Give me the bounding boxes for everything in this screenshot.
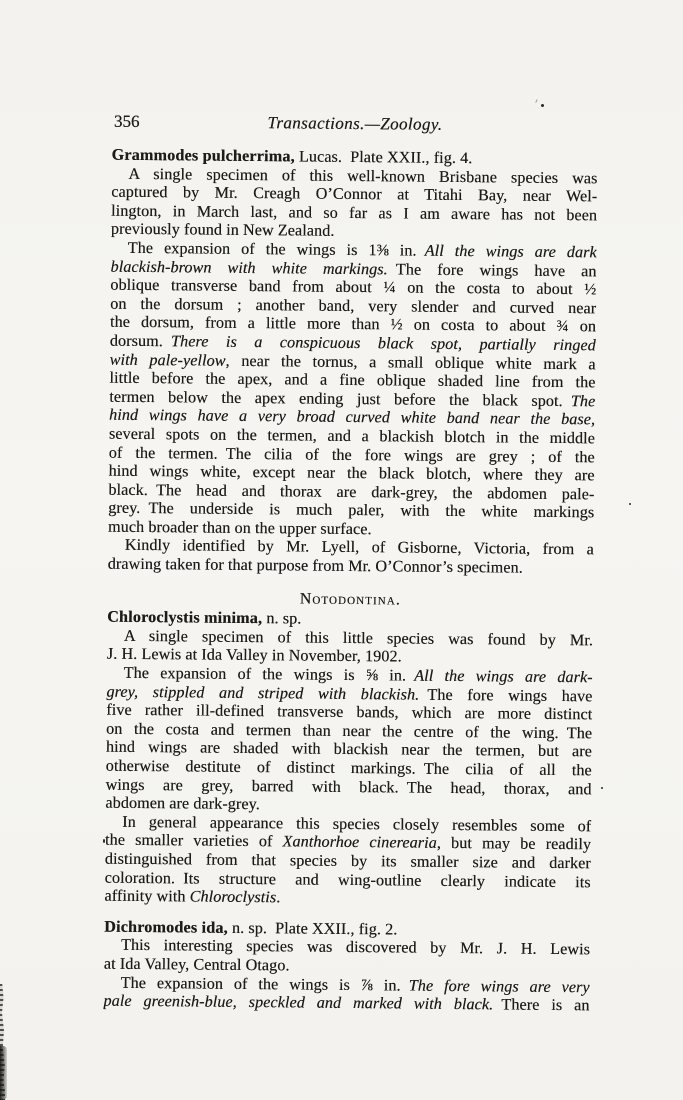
page-header: 356 Transactions.—Zoology. [112, 112, 598, 139]
scan-edge-artifact [0, 1046, 7, 1100]
text-segment: grey, stippled and striped with blackish… [106, 683, 419, 703]
scan-speck [103, 839, 105, 843]
text-segment: A single specimen of this well-known Bri… [128, 165, 597, 187]
text-segment: abdomen are dark-grey. [105, 795, 260, 813]
para: The expansion of the wings is 1⅜ in. All… [108, 240, 597, 542]
text-segment: blackish-brown with white markings. [110, 258, 387, 278]
text-segment: n. sp. [262, 610, 301, 627]
text-segment: Notodontina. [300, 590, 401, 608]
text-segment: termen below the apex ending just before… [109, 388, 571, 409]
text-segment: The expansion of the wings is ⅝ in. [124, 665, 415, 685]
text-segment: Grammodes pulcherrima, [112, 147, 295, 166]
para: The expansion of the wings is ⅞ in. The … [103, 974, 589, 1016]
scan-speck [601, 787, 603, 789]
scan-speck [629, 503, 631, 505]
text-segment: at Ida Valley, Central Otago. [104, 956, 290, 975]
para: Kindly identified by Mr. Lyell, of Gisbo… [108, 537, 594, 579]
text-segment: Chloroclystis minima, [107, 609, 262, 627]
text-segment: The fore wings have [419, 686, 592, 705]
text-line: pale greenish-blue, speckled and marked … [103, 993, 589, 1016]
text-segment: The expansion of the wings is 1⅜ in. [128, 240, 425, 260]
text-blocks: Grammodes pulcherrima, Lucas. Plate XXII… [103, 147, 597, 1016]
text-segment: Xanthorhoe cinerearia [282, 834, 436, 852]
scan-speck [541, 104, 544, 107]
text-segment: All the wings are dark [425, 243, 597, 262]
text-segment: drawing taken for that purpose from Mr. … [108, 556, 523, 577]
text-segment: much broader than on the upper surface. [108, 519, 372, 539]
para: The expansion of the wings is ⅝ in. All … [105, 665, 592, 818]
scanned-page: { "page": { "number": "356", "running_ti… [0, 0, 683, 1100]
text-segment: The [571, 393, 596, 410]
text-line: drawing taken for that purpose from Mr. … [108, 556, 594, 579]
text-segment: previously found in New Zealand. [111, 221, 335, 240]
text-segment: , near the tornus, a small oblique white… [225, 352, 595, 373]
para: A single specimen of this well-known Bri… [111, 165, 598, 244]
text-segment: with pale-yellow [110, 351, 226, 369]
text-segment: n. sp. Plate XXII., fig. 2. [228, 920, 398, 939]
text-segment: the smaller varieties of [105, 832, 283, 851]
para: In general appearance this species close… [104, 813, 591, 911]
para: A single specimen of this little species… [107, 627, 593, 669]
order-heading: Notodontina. [107, 588, 593, 611]
text-segment: Kindly identified by Mr. Lyell, of Gisbo… [125, 537, 594, 559]
text-segment: The expansion of the wings is ⅞ in. [121, 974, 409, 994]
text-segment: pale greenish-blue, speckled and marked … [103, 993, 493, 1014]
running-title: Transactions.—Zoology. [112, 112, 598, 137]
text-segment: J. H. Lewis at Ida Valley in November, 1… [107, 646, 402, 666]
text-segment: , but may be readily [437, 835, 591, 853]
text-segment: Lucas. Plate XXII., fig. 4. [295, 148, 473, 167]
scan-speck [535, 99, 538, 103]
text-segment: dorsum. [110, 333, 171, 351]
text-segment: The fore wings are very [409, 977, 590, 996]
text-segment: There is an [493, 996, 589, 1014]
text-segment: All the wings are dark- [414, 668, 593, 687]
text-segment: Chloroclystis [190, 889, 277, 907]
text-segment: Dichromodes ida, [104, 918, 228, 936]
text-segment: The fore wings have an [388, 261, 597, 280]
text-segment: . [276, 889, 280, 906]
text-segment: There is a conspicuous black spot, parti… [171, 333, 596, 354]
page-content: 356 Transactions.—Zoology. Grammodes pul… [103, 112, 598, 1016]
text-line: Notodontina. [107, 588, 593, 611]
para: This interesting species was discovered … [104, 937, 590, 979]
text-segment: In general appearance this species close… [122, 814, 591, 836]
text-segment: affinity with [104, 888, 189, 906]
